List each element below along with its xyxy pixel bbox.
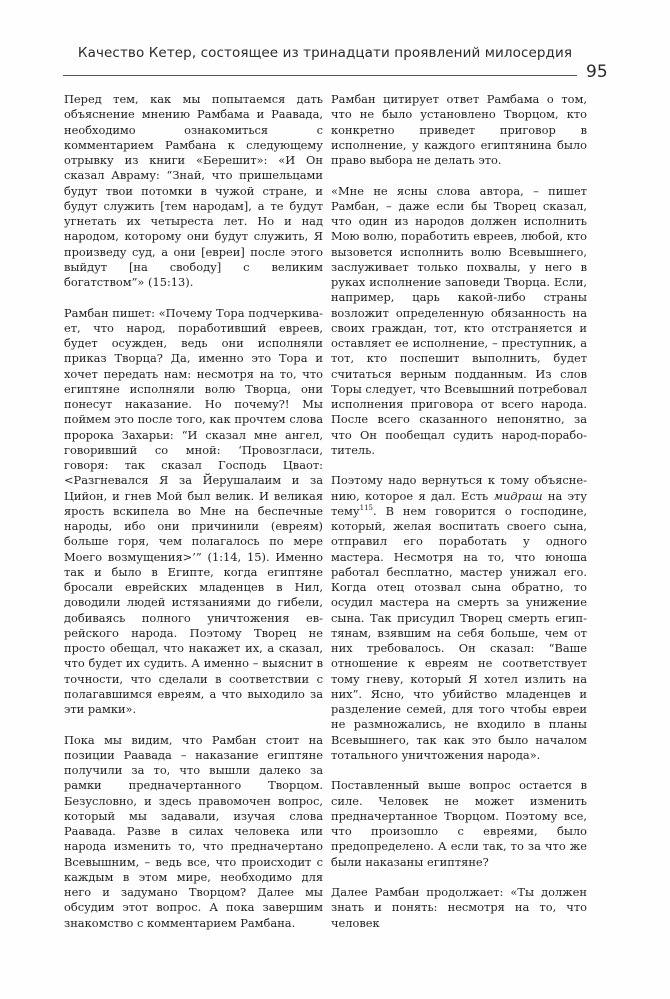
paragraph: Рамбан пишет: «Почему Тора подчеркива­ет… (64, 306, 323, 718)
page-number: 95 (586, 62, 608, 82)
book-page: Качество Кетер, состоящее из тринадцати … (0, 0, 670, 999)
running-header-title: Качество Кетер, состоящее из тринадцати … (64, 45, 586, 61)
footnote-reference[interactable]: 115 (360, 504, 373, 512)
paragraph: Далее Рамбан продолжает: «Ты должен знат… (331, 885, 587, 931)
paragraph: Перед тем, как мы попытаемся дать объясн… (64, 92, 323, 290)
italic-term: мидраш (494, 489, 543, 503)
right-column: Рамбан цитирует ответ Рамбама о том, что… (331, 92, 587, 946)
paragraph: Рамбан цитирует ответ Рамбама о том, что… (331, 92, 587, 168)
paragraph: Поставленный выше вопрос остается в силе… (331, 778, 587, 870)
left-column: Перед тем, как мы попытаемся дать объясн… (64, 92, 323, 946)
header-rule (63, 75, 577, 76)
paragraph-midrash: Поэтому надо вернуться к тому объясне­ни… (331, 473, 587, 763)
paragraph: Пока мы видим, что Рамбан стоит на пози­… (64, 733, 323, 931)
text-run: . В нем говорится о господине, кото­рый,… (331, 504, 587, 762)
quote-paragraph: «Мне не ясны слова автора, – пишет Рамба… (331, 184, 587, 459)
